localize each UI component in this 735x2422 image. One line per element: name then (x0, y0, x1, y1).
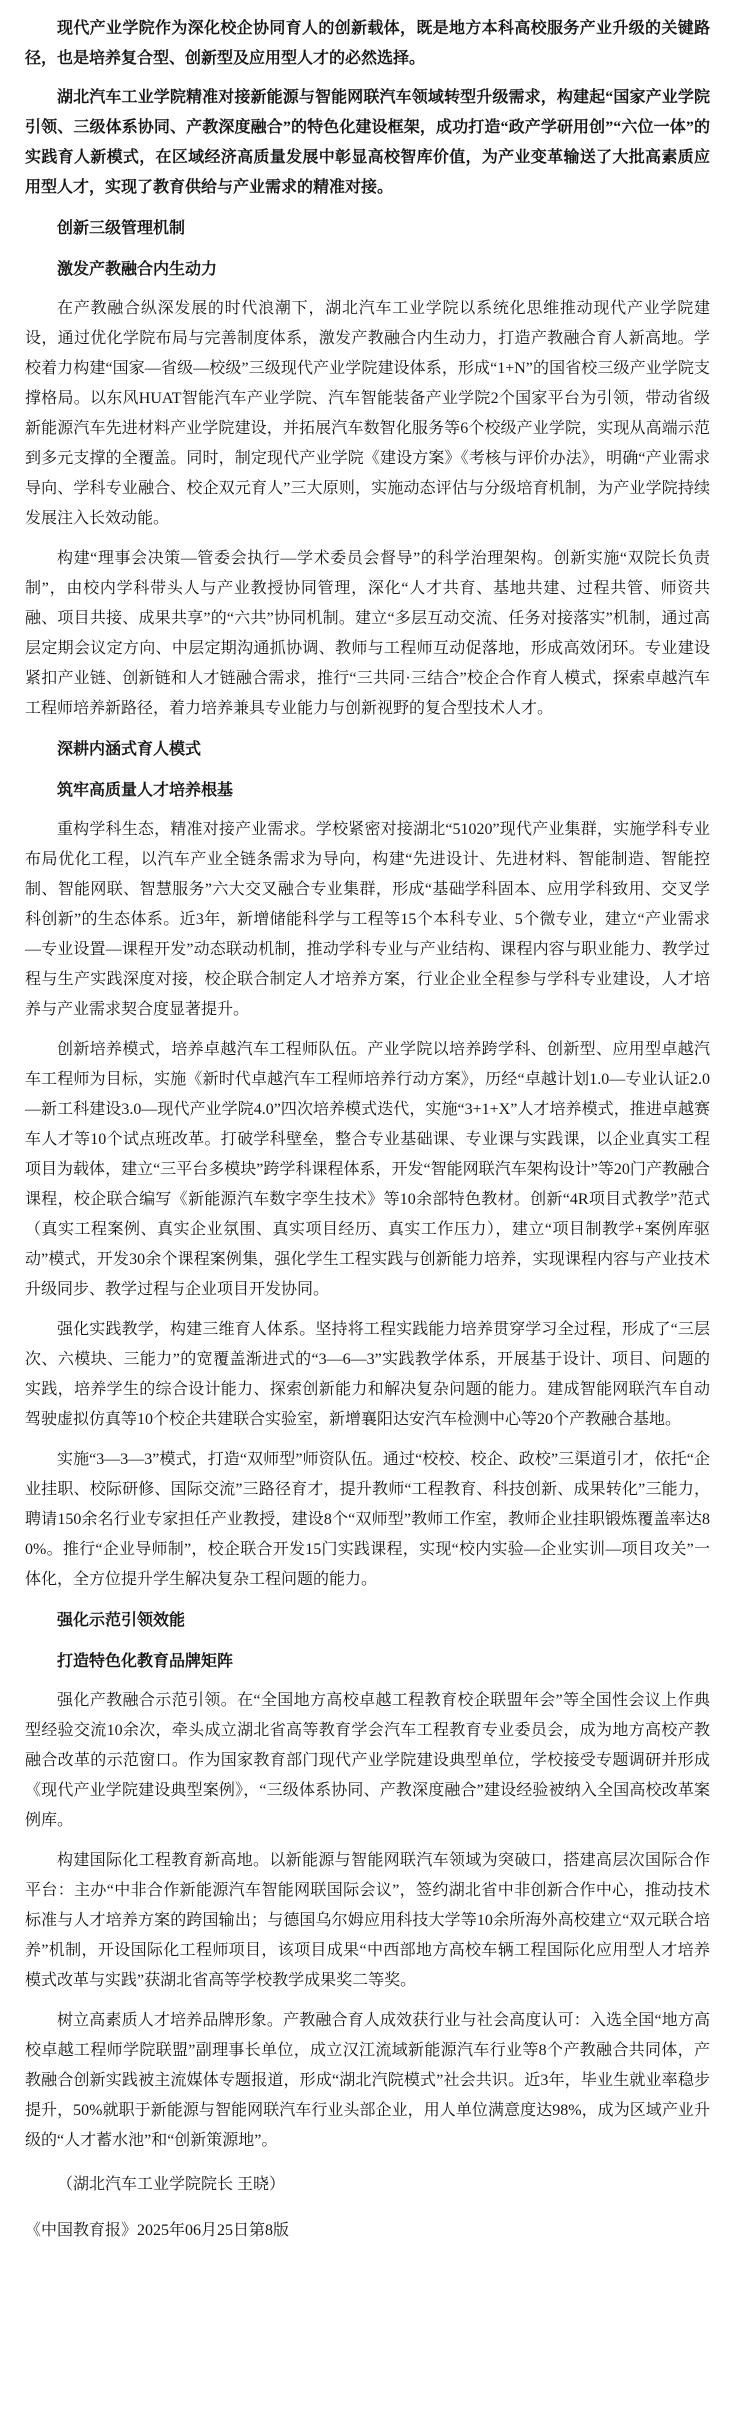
body-paragraph: 在产教融合纵深发展的时代浪潮下，湖北汽车工业学院以系统化思维推动现代产业学院建设… (25, 294, 710, 534)
lead-paragraph: 湖北汽车工业学院精准对接新能源与智能网联汽车领域转型升级需求，构建起“国家产业学… (25, 83, 710, 203)
section-heading: 筑牢高质量人才培养根基 (25, 776, 710, 806)
article-body: 现代产业学院作为深化校企协同育人的创新载体，既是地方本科高校服务产业升级的关键路… (25, 14, 710, 2246)
section-heading: 深耕内涵式育人模式 (25, 735, 710, 765)
body-paragraph: 构建国际化工程教育新高地。以新能源与智能网联汽车领域为突破口，搭建高层次国际合作… (25, 1846, 710, 1996)
body-paragraph: 实施“3—3—3”模式，打造“双师型”师资队伍。通过“校校、校企、政校”三渠道引… (25, 1445, 710, 1595)
section-heading: 打造特色化教育品牌矩阵 (25, 1647, 710, 1677)
section-heading: 激发产教融合内生动力 (25, 255, 710, 285)
article-page: 现代产业学院作为深化校企协同育人的创新载体，既是地方本科高校服务产业升级的关键路… (0, 0, 735, 2422)
body-paragraph: 强化实践教学，构建三维育人体系。坚持将工程实践能力培养贯穿学习全过程，形成了“三… (25, 1315, 710, 1435)
body-paragraph: 创新培养模式，培养卓越汽车工程师队伍。产业学院以培养跨学科、创新型、应用型卓越汽… (25, 1035, 710, 1305)
body-paragraph: 树立高素质人才培养品牌形象。产教融合育人成效获行业与社会高度认可：入选全国“地方… (25, 2006, 710, 2156)
author-signature: （湖北汽车工业学院院长 王晓） (25, 2170, 710, 2200)
section-heading: 强化示范引领效能 (25, 1606, 710, 1636)
body-paragraph: 构建“理事会决策—管委会执行—学术委员会督导”的科学治理架构。创新实施“双院长负… (25, 544, 710, 724)
body-paragraph: 重构学科生态，精准对接产业需求。学校紧密对接湖北“51020”现代产业集群，实施… (25, 815, 710, 1025)
body-paragraph: 强化产教融合示范引领。在“全国地方高校卓越工程教育校企联盟年会”等全国性会议上作… (25, 1686, 710, 1836)
lead-paragraph: 现代产业学院作为深化校企协同育人的创新载体，既是地方本科高校服务产业升级的关键路… (25, 14, 710, 74)
section-heading: 创新三级管理机制 (25, 214, 710, 244)
publication-source: 《中国教育报》2025年06月25日第8版 (25, 2216, 710, 2246)
